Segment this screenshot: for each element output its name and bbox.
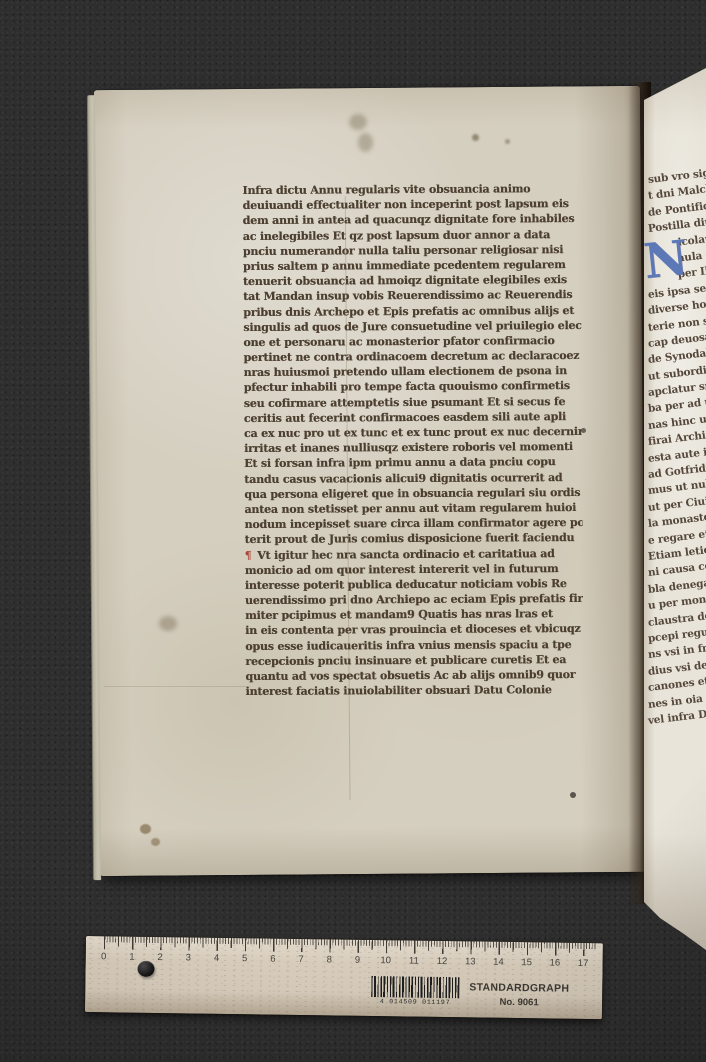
ruler-number: 8 [327,954,332,965]
manuscript-text-block: Infra dictu Annu regularis vite obsuanci… [242,181,583,699]
barcode-digits: 4 014509 011197 [371,998,459,1006]
manuscript-text-line: seu cofirmare attemptetis siue psumant E… [244,394,582,411]
manuscript-text-line: opus esse iudicaueritis infra vnius mens… [245,637,583,654]
ruler-number: 5 [242,953,247,964]
manuscript-text-line: tandu casus vacacionis alicui9 dignitati… [244,470,582,487]
illuminated-initial: N [642,234,691,286]
manuscript-text-line: ¶ Vt igitur hec nra sancta ordinacio et … [245,545,583,562]
ruler-number: 0 [101,951,106,962]
ruler-brand-label: STANDARDGRAPH [469,981,569,994]
ruler-number: 2 [157,952,162,963]
manuscript-text-line: ac inelegibiles Et qz post lapsum duor a… [243,227,581,244]
ruler-model-label: No. 9061 [469,996,569,1008]
manuscript-text-line: tat Mandan insup vobis Reuerendissimo ac… [243,287,581,304]
rubric-pilcrow-icon: ¶ [245,548,254,561]
manuscript-text-line: pfectur inhabili pro tempe facta quouism… [244,378,582,395]
manuscript-text-line: in eis contenta per vras prouincia et di… [245,621,583,638]
manuscript-text-line: terit prout de Juris comius disposicione… [245,530,583,547]
ruler-number: 1 [129,952,134,963]
ruler-number: 16 [549,957,560,968]
ruler: 01234567891011121314151617 4 014509 0111… [85,936,603,1019]
ruler-number: 3 [186,952,191,963]
barcode-bars [371,976,459,998]
ruler-number: 12 [437,956,448,967]
ruler-number: 4 [214,953,219,964]
ruler-number: 11 [409,956,419,967]
ruler-hole [137,961,154,977]
manuscript-text-line: dem anni in antea ad quacunqz dignitate … [243,211,581,228]
ruler-barcode: 4 014509 011197 [371,976,459,1006]
ruler-number: 15 [521,957,532,968]
ruler-number: 17 [578,958,589,969]
ruler-number: 13 [465,956,476,967]
ruler-centimetre-ticks [104,936,588,956]
manuscript-text-line: pribus dnis Archepo et Epis prefatis ac … [243,302,581,319]
ruling-line-horizontal [104,686,250,687]
ruler-number: 6 [270,954,275,965]
manuscript-right-page: sub vro sigillo die mt dni Malchimoquede… [644,60,706,960]
manuscript-text-line: Et si forsan infra ipm primu annu a data… [244,454,582,471]
manuscript-text-line: interest faciatis inuiolabiliter obsuari… [245,682,583,699]
ruler-number: 14 [493,957,504,968]
ruler-number: 9 [355,955,360,966]
photo-background: Infra dictu Annu regularis vite obsuanci… [0,0,706,1062]
ruler-number: 7 [298,954,303,965]
ruler-number: 10 [380,955,391,966]
